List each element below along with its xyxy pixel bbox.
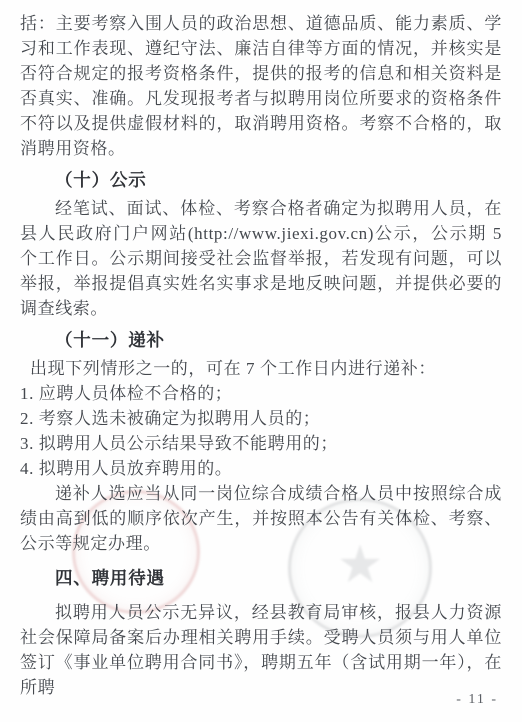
list-item-replacement-1: 1. 应聘人员体检不合格的； — [20, 381, 502, 406]
paragraph-employment: 拟聘用人员公示无异议，经县教育局审核，报县人力资源社会保障局备案后办理相关聘用手… — [20, 600, 502, 700]
document-page: ★ 括：主要考察入围人员的政治思想、道德品质、能力素质、学习和工作表现、遵纪守法… — [0, 0, 522, 722]
document-content: 括：主要考察入围人员的政治思想、道德品质、能力素质、学习和工作表现、遵纪守法、廉… — [20, 11, 502, 700]
list-item-replacement-3: 3. 拟聘用人员公示结果导致不能聘用的； — [20, 431, 502, 456]
list-item-replacement-2: 2. 考察人选未被确定为拟聘用人员的； — [20, 406, 502, 431]
paragraph-replacement-intro: 出现下列情形之一的，可在 7 个工作日内进行递补： — [20, 356, 502, 381]
page-number: - 11 - — [456, 692, 498, 708]
heading-public-notice: （十）公示 — [20, 168, 502, 193]
heading-replacement: （十一）递补 — [20, 328, 502, 353]
paragraph-replacement-rule: 递补人选应当从同一岗位综合成绩合格人员中按照综合成绩由高到低的顺序依次产生，并按… — [20, 481, 502, 556]
heading-employment-benefits: 四、聘用待遇 — [20, 566, 502, 591]
paragraph-inspection-continued: 括：主要考察入围人员的政治思想、道德品质、能力素质、学习和工作表现、遵纪守法、廉… — [20, 11, 502, 161]
list-item-replacement-4: 4. 拟聘用人员放弃聘用的。 — [20, 456, 502, 481]
paragraph-public-notice: 经笔试、面试、体检、考察合格者确定为拟聘用人员，在县人民政府门户网站(http:… — [20, 196, 502, 321]
